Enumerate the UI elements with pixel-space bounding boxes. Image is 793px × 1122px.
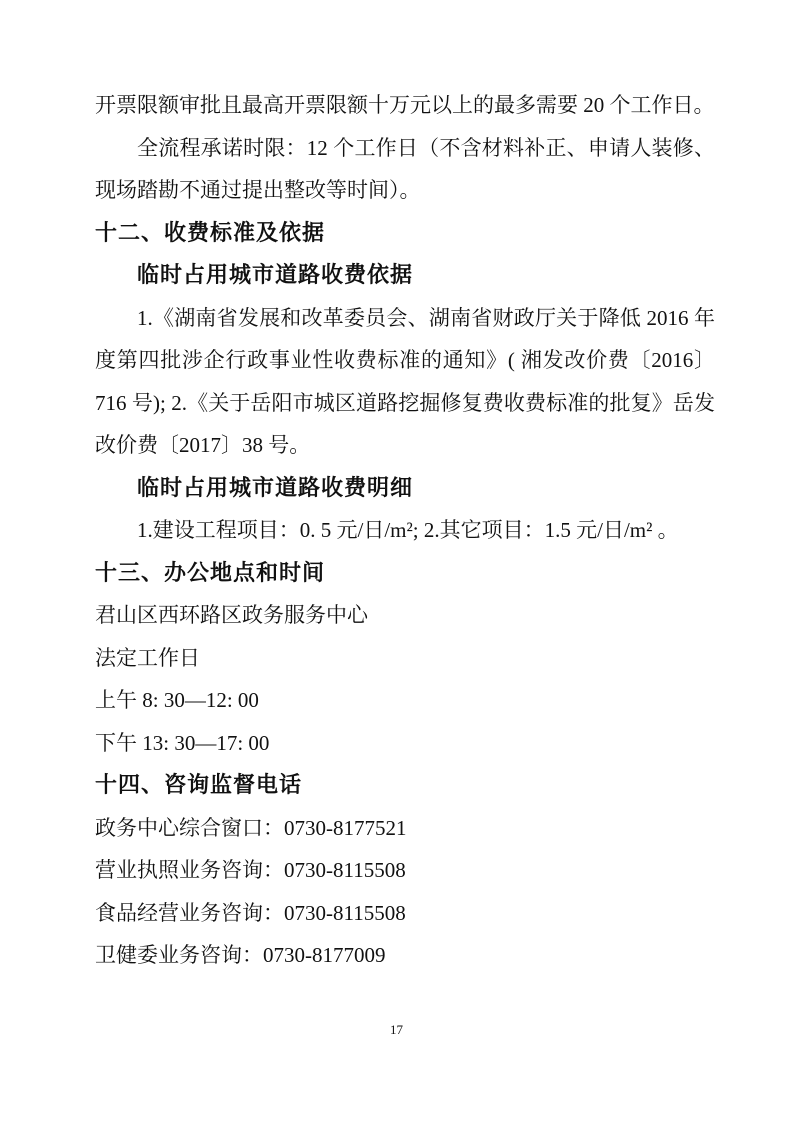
section-heading: 十二、收费标准及依据: [95, 212, 715, 255]
section-heading: 十四、咨询监督电话: [95, 764, 715, 807]
sub-heading: 临时占用城市道路收费依据: [95, 254, 715, 297]
paragraph: 开票限额审批且最高开票限额十万元以上的最多需要 20 个工作日。: [95, 84, 715, 127]
document-content: 开票限额审批且最高开票限额十万元以上的最多需要 20 个工作日。全流程承诺时限：…: [95, 84, 715, 977]
page-number: 17: [390, 1022, 403, 1037]
paragraph: 1.建设工程项目：0. 5 元/日/m²; 2.其它项目：1.5 元/日/m² …: [95, 509, 715, 552]
paragraph: 君山区西环路区政务服务中心: [95, 594, 715, 637]
paragraph: 政务中心综合窗口：0730-8177521: [95, 807, 715, 850]
paragraph: 下午 13: 30—17: 00: [95, 722, 715, 765]
paragraph: 法定工作日: [95, 637, 715, 680]
paragraph: 1.《湖南省发展和改革委员会、湖南省财政厅关于降低 2016 年度第四批涉企行政…: [95, 297, 715, 467]
section-heading: 十三、办公地点和时间: [95, 552, 715, 595]
paragraph: 全流程承诺时限：12 个工作日（不含材料补正、申请人装修、现场踏勘不通过提出整改…: [95, 127, 715, 212]
page-footer: 17: [0, 1022, 793, 1038]
sub-heading: 临时占用城市道路收费明细: [95, 467, 715, 510]
document-page: 开票限额审批且最高开票限额十万元以上的最多需要 20 个工作日。全流程承诺时限：…: [0, 0, 793, 1122]
paragraph: 卫健委业务咨询：0730-8177009: [95, 934, 715, 977]
paragraph: 营业执照业务咨询：0730-8115508: [95, 849, 715, 892]
paragraph: 上午 8: 30—12: 00: [95, 679, 715, 722]
paragraph: 食品经营业务咨询：0730-8115508: [95, 892, 715, 935]
